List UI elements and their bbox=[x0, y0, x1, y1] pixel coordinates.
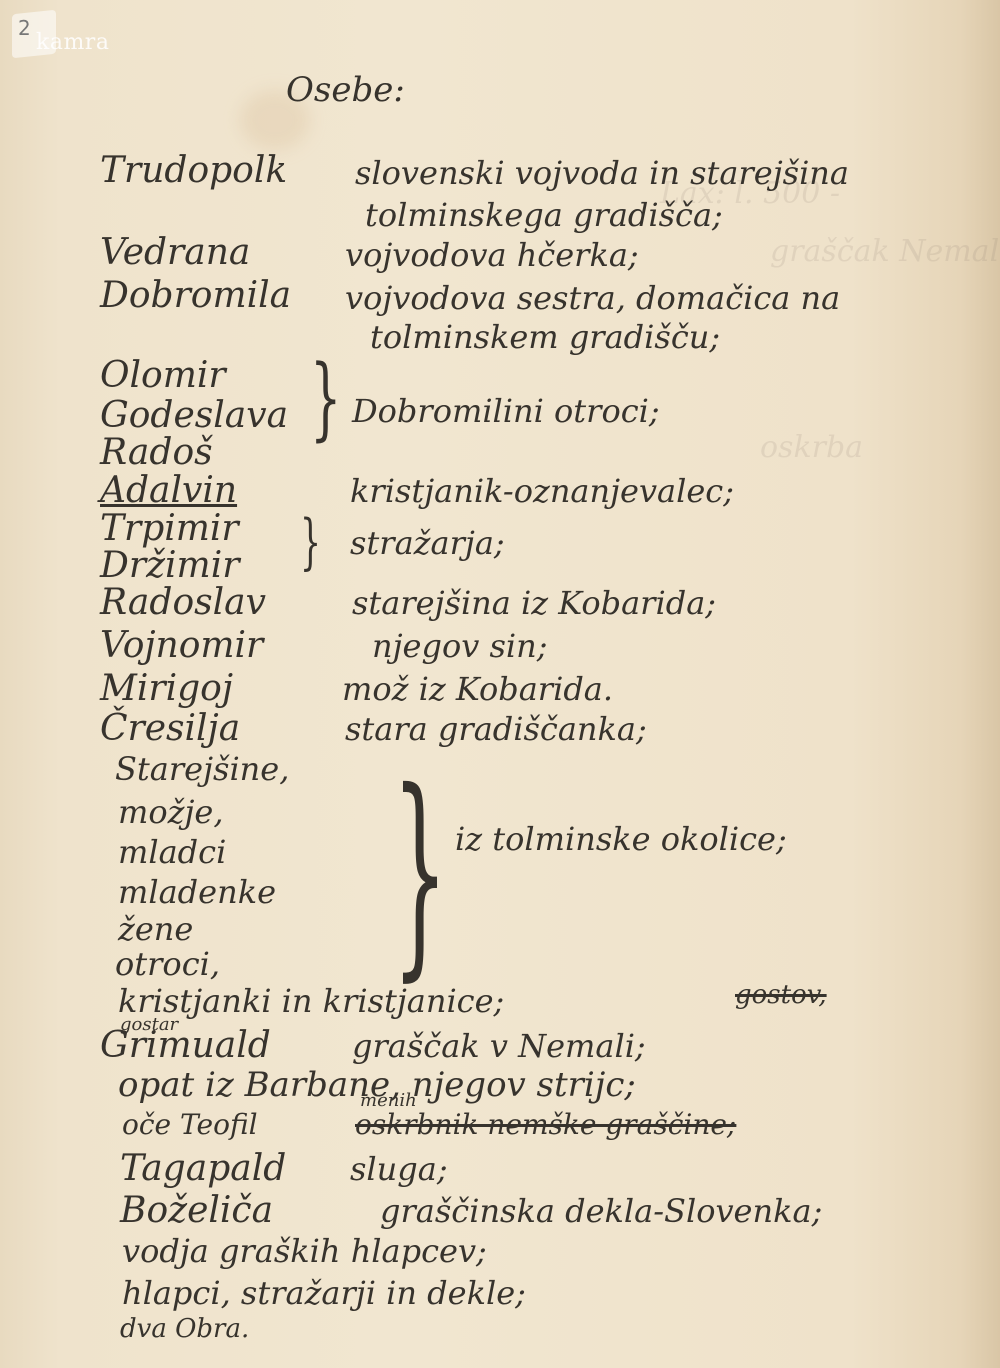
character-name: Starejšine, bbox=[115, 750, 289, 788]
character-description: kristjanik-oznanjevalec; bbox=[350, 472, 734, 510]
manuscript-page: Lax: l. 500 - graščak Nemali oskrba 2 ka… bbox=[0, 0, 1000, 1368]
character-name: Dobromila bbox=[100, 275, 291, 316]
character-name: možje, bbox=[118, 793, 224, 831]
page-title: Osebe: bbox=[286, 70, 405, 110]
character-name: mladci bbox=[118, 833, 226, 871]
character-description: vojvodova hčerka; bbox=[345, 236, 639, 274]
character-name: Adalvin bbox=[100, 470, 237, 511]
character-description: graščinska dekla-Slovenka; bbox=[380, 1192, 822, 1230]
character-name: Radoš bbox=[100, 432, 213, 473]
character-description: mož iz Kobarida. bbox=[342, 670, 613, 708]
character-name: Grimuald bbox=[100, 1025, 271, 1066]
character-name: Radoslav bbox=[100, 582, 266, 623]
character-description: stražarja; bbox=[350, 524, 505, 562]
character-name: Vojnomir bbox=[100, 625, 263, 666]
character-description: Dobromilini otroci; bbox=[352, 392, 660, 430]
character-name: Olomir bbox=[100, 355, 226, 396]
grouping-brace: } bbox=[300, 512, 321, 572]
grouping-brace: } bbox=[310, 354, 341, 444]
character-name: Držimir bbox=[100, 545, 239, 586]
character-name: mladenke bbox=[118, 873, 276, 911]
character-name: žene bbox=[118, 910, 193, 948]
character-description: sluga; bbox=[350, 1150, 448, 1188]
character-name: Trpimir bbox=[100, 508, 239, 549]
character-description: graščak v Nemali; bbox=[352, 1027, 646, 1065]
character-name: Tagapald bbox=[120, 1148, 286, 1189]
character-description: vojvodova sestra, domačica na bbox=[345, 279, 840, 317]
character-line: dva Obra. bbox=[120, 1314, 249, 1344]
character-name: Godeslava bbox=[100, 395, 288, 436]
character-description: slovenski vojvoda in starejšina bbox=[355, 154, 849, 192]
character-description: iz tolminske okolice; bbox=[455, 820, 787, 858]
struck-text: gostov, bbox=[735, 980, 827, 1010]
page-number: 2 bbox=[18, 16, 31, 40]
character-description: starejšina iz Kobarida; bbox=[352, 584, 716, 622]
character-name: otroci, bbox=[115, 945, 220, 983]
bleed-through-text: oskrba bbox=[760, 430, 863, 465]
watermark-brand: kamra bbox=[36, 30, 109, 55]
character-line: vodja graških hlapcev; bbox=[122, 1232, 487, 1270]
character-description: njegov sin; bbox=[372, 627, 548, 665]
character-description: stara gradiščanka; bbox=[345, 710, 647, 748]
character-name: Trudopolk bbox=[100, 150, 287, 191]
character-name: Boželiča bbox=[120, 1190, 273, 1231]
character-line: hlapci, stražarji in dekle; bbox=[122, 1274, 526, 1312]
grouping-brace: } bbox=[392, 762, 448, 982]
struck-text: oskrbnik nemške graščine; bbox=[355, 1108, 736, 1141]
character-name: Čresilja bbox=[100, 708, 240, 749]
character-description: tolminskega gradišča; bbox=[365, 196, 723, 234]
character-description: tolminskem gradišču; bbox=[370, 318, 720, 356]
character-name: Vedrana bbox=[100, 232, 250, 273]
character-name: oče Teofil bbox=[122, 1108, 258, 1141]
character-name: Mirigoj bbox=[100, 668, 233, 709]
bleed-through-text: graščak Nemali bbox=[770, 234, 1000, 269]
